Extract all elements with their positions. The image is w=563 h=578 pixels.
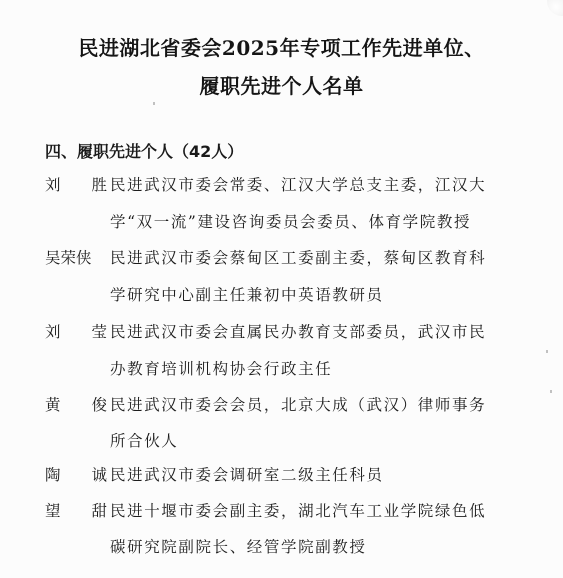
person-name-char: 陶: [45, 463, 61, 485]
person-description-line: 民进武汉市委会调研室二级主任科员: [110, 463, 384, 485]
person-name-char: 黄: [45, 393, 61, 415]
section-heading: 四、履职先进个人（42人）: [45, 139, 243, 162]
person-description-line: 碳研究院副院长、经管学院副教授: [110, 535, 367, 557]
person-name: 刘 胜: [45, 173, 107, 195]
person-name-char: 胜: [91, 173, 107, 195]
person-description-line: 民进武汉市委会会员，北京大成（武汉）律师事务: [110, 393, 486, 415]
scan-speck: [550, 390, 552, 393]
document-page: 民进湖北省委会2025年专项工作先进单位、 履职先进个人名单 四、履职先进个人（…: [0, 0, 563, 578]
person-name: 刘 莹: [45, 320, 107, 342]
person-name-char: 俊: [91, 393, 107, 415]
person-description-line: 民进武汉市委会直属民办教育支部委员，武汉市民: [110, 320, 486, 342]
person-name: 望 甜: [45, 499, 107, 521]
document-title-line-1: 民进湖北省委会2025年专项工作先进单位、: [0, 32, 563, 61]
person-name-char: 诚: [91, 463, 107, 485]
person-description-line: 学“双一流”建设咨询委员会委员、体育学院教授: [110, 210, 471, 232]
person-name-char: 刘: [45, 320, 61, 342]
person-name: 黄 俊: [45, 393, 107, 415]
person-description-line: 民进武汉市委会蔡甸区工委副主委，蔡甸区教育科: [110, 246, 486, 268]
person-description-line: 学研究中心副主任兼初中英语教研员: [110, 283, 384, 305]
person-name-char: 望: [45, 499, 61, 521]
person-description-line: 所合伙人: [110, 429, 178, 451]
person-name: 陶 诚: [45, 463, 107, 485]
person-description-line: 办教育培训机构协会行政主任: [110, 357, 332, 379]
person-name-char: 莹: [91, 320, 107, 342]
document-title-line-2: 履职先进个人名单: [0, 70, 563, 99]
scan-speck: [153, 102, 155, 105]
person-description-line: 民进武汉市委会常委、江汉大学总支主委，江汉大: [110, 173, 486, 195]
scan-speck: [546, 350, 548, 353]
person-name-char: 甜: [91, 499, 107, 521]
person-description-line: 民进十堰市委会副主委，湖北汽车工业学院绿色低: [110, 499, 486, 521]
person-name: 吴荣侠: [45, 246, 95, 268]
page-corner-shadow: [547, 0, 563, 16]
person-name-char: 刘: [45, 173, 61, 195]
